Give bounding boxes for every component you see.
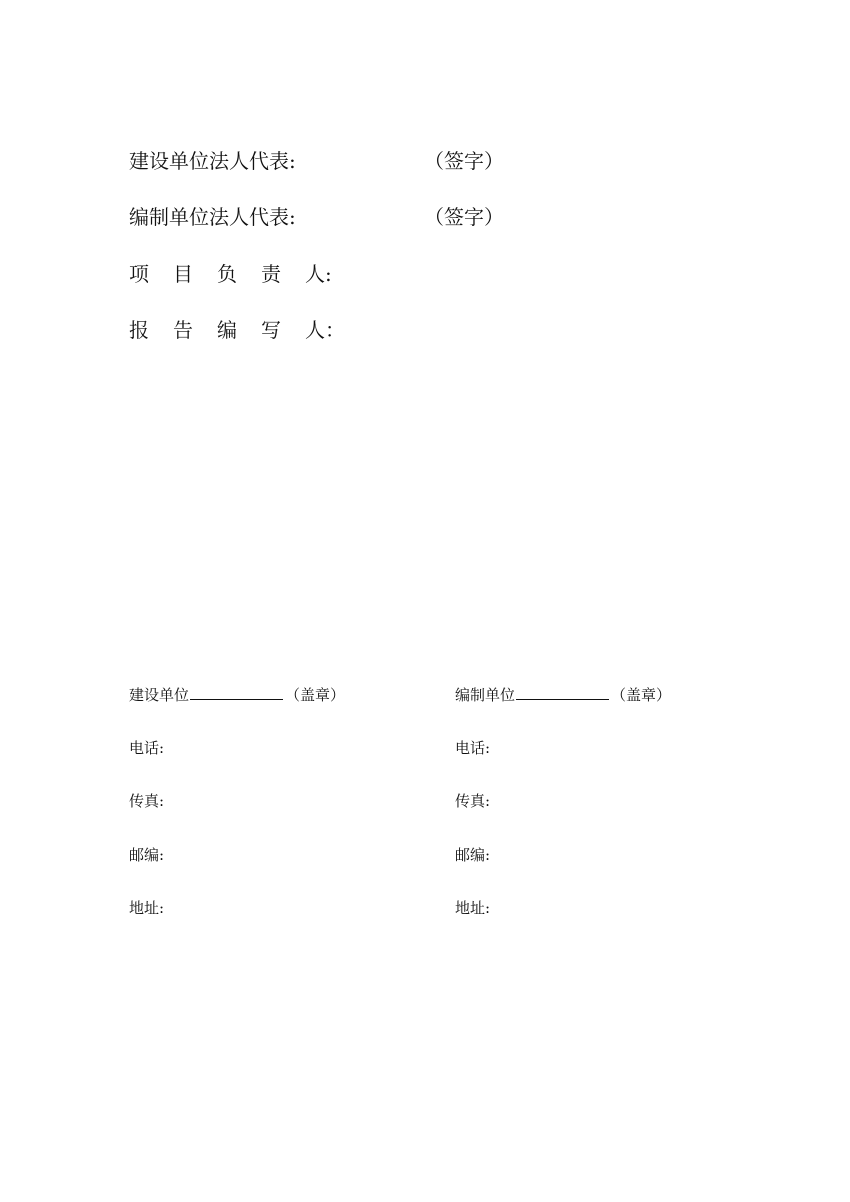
project-leader-label: 项目负责人: bbox=[129, 261, 332, 287]
compiler-legal-rep-signature-note: （签字） bbox=[424, 204, 504, 230]
construction-unit-blank-line bbox=[190, 685, 283, 700]
construction-unit-title: 建设单位 bbox=[129, 686, 189, 704]
compiler-unit-fax-label: 传真: bbox=[455, 791, 490, 811]
report-writer-label: 报告编写人： bbox=[129, 317, 345, 343]
report-writer-char: 编 bbox=[217, 317, 261, 343]
construction-unit-phone-label: 电话: bbox=[129, 738, 164, 758]
construction-legal-rep-signature-note: （签字） bbox=[424, 148, 504, 174]
construction-unit-title-row: 建设单位（盖章） bbox=[129, 685, 345, 705]
construction-legal-rep-label: 建设单位法人代表: bbox=[129, 148, 296, 174]
compiler-unit-seal-note: （盖章） bbox=[611, 686, 671, 704]
report-writer-char: 人： bbox=[305, 317, 345, 343]
project-leader-char: 目 bbox=[173, 261, 217, 287]
report-writer-char: 报 bbox=[129, 317, 173, 343]
compiler-unit-title-row: 编制单位（盖章） bbox=[455, 685, 671, 705]
compiler-unit-title: 编制单位 bbox=[455, 686, 515, 704]
compiler-unit-postcode-label: 邮编: bbox=[455, 845, 490, 865]
construction-unit-seal-note: （盖章） bbox=[285, 686, 345, 704]
project-leader-char: 项 bbox=[129, 261, 173, 287]
report-writer-char: 写 bbox=[261, 317, 305, 343]
construction-unit-fax-label: 传真: bbox=[129, 791, 164, 811]
project-leader-char: 责 bbox=[261, 261, 305, 287]
compiler-unit-blank-line bbox=[516, 685, 609, 700]
report-writer-char: 告 bbox=[173, 317, 217, 343]
construction-unit-address-label: 地址: bbox=[129, 898, 164, 918]
project-leader-char: 负 bbox=[217, 261, 261, 287]
compiler-unit-phone-label: 电话: bbox=[455, 738, 490, 758]
compiler-legal-rep-label: 编制单位法人代表: bbox=[129, 204, 296, 230]
compiler-unit-address-label: 地址: bbox=[455, 898, 490, 918]
construction-unit-postcode-label: 邮编: bbox=[129, 845, 164, 865]
project-leader-char: 人: bbox=[305, 261, 332, 287]
